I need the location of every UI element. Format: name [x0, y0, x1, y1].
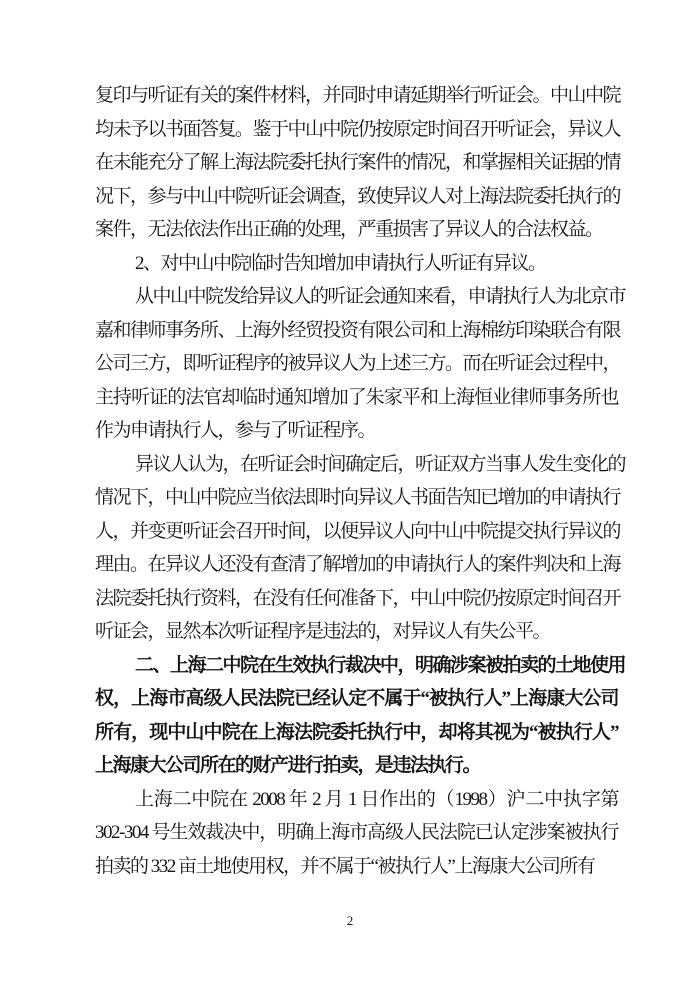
- paragraph-section-heading: 二、上海二中院在生效执行裁决中，明确涉案被拍卖的土地使用 权，上海市高级人民法院…: [95, 649, 618, 783]
- text-line: 上海康大公司所在的财产进行拍卖，是违法执行。: [95, 749, 618, 783]
- text-line: 主持听证的法官却临时通知增加了朱家平和上海恒业律师事务所也: [95, 381, 618, 415]
- text-line: 况下，参与中山中院听证会调查，致使异议人对上海法院委托执行的: [95, 180, 618, 214]
- text-line: 在未能充分了解上海法院委托执行案件的情况，和掌握相关证据的情: [95, 146, 618, 180]
- text-line: 均未予以书面答复。鉴于中山中院仍按原定时间召开听证会，异议人: [95, 113, 618, 147]
- paragraph-numbered-point: 2、对中山中院临时告知增加申请执行人听证有异议。: [95, 247, 618, 281]
- text-line: 上海二中院在 2008 年 2 月 1 日作出的（1998）沪二中执字第: [95, 783, 618, 817]
- text-line: 作为申请执行人，参与了听证程序。: [95, 414, 618, 448]
- text-line: 2、对中山中院临时告知增加申请执行人听证有异议。: [95, 247, 618, 281]
- paragraph-body: 上海二中院在 2008 年 2 月 1 日作出的（1998）沪二中执字第 302…: [95, 783, 618, 884]
- text-line: 公司三方，即听证程序的被异议人为上述三方。而在听证会过程中，: [95, 347, 618, 381]
- text-line: 二、上海二中院在生效执行裁决中，明确涉案被拍卖的土地使用: [95, 649, 618, 683]
- text-line: 复印与听证有关的案件材料，并同时申请延期举行听证会。中山中院: [95, 79, 618, 113]
- text-line: 所有，现中山中院在上海法院委托执行中，却将其视为“被执行人”: [95, 716, 618, 750]
- page-number: 2: [0, 911, 700, 931]
- text-line: 拍卖的 332 亩土地使用权，并不属于“被执行人”上海康大公司所有: [95, 850, 618, 884]
- text-line: 异议人认为，在听证会时间确定后，听证双方当事人发生变化的: [95, 448, 618, 482]
- paragraph-body: 异议人认为，在听证会时间确定后，听证双方当事人发生变化的 情况下，中山中院应当依…: [95, 448, 618, 649]
- text-line: 权，上海市高级人民法院已经认定不属于“被执行人”上海康大公司: [95, 682, 618, 716]
- text-line: 人，并变更听证会召开时间，以便异议人向中山中院提交执行异议的: [95, 515, 618, 549]
- text-line: 法院委托执行资料，在没有任何准备下，中山中院仍按原定时间召开: [95, 582, 618, 616]
- text-line: 情况下，中山中院应当依法即时向异议人书面告知已增加的申请执行: [95, 481, 618, 515]
- paragraph-body: 从中山中院发给异议人的听证会通知来看，申请执行人为北京市 嘉和律师事务所、上海外…: [95, 280, 618, 448]
- document-body: 复印与听证有关的案件材料，并同时申请延期举行听证会。中山中院 均未予以书面答复。…: [95, 79, 618, 883]
- document-page: 复印与听证有关的案件材料，并同时申请延期举行听证会。中山中院 均未予以书面答复。…: [0, 0, 700, 990]
- text-line: 嘉和律师事务所、上海外经贸投资有限公司和上海棉纺印染联合有限: [95, 314, 618, 348]
- text-line: 302-304 号生效裁决中，明确上海市高级人民法院已认定涉案被执行: [95, 816, 618, 850]
- text-line: 案件，无法依法作出正确的处理，严重损害了异议人的合法权益。: [95, 213, 618, 247]
- paragraph-continuation: 复印与听证有关的案件材料，并同时申请延期举行听证会。中山中院 均未予以书面答复。…: [95, 79, 618, 247]
- text-line: 从中山中院发给异议人的听证会通知来看，申请执行人为北京市: [95, 280, 618, 314]
- text-line: 理由。在异议人还没有查清了解增加的申请执行人的案件判决和上海: [95, 548, 618, 582]
- text-line: 听证会，显然本次听证程序是违法的，对异议人有失公平。: [95, 615, 618, 649]
